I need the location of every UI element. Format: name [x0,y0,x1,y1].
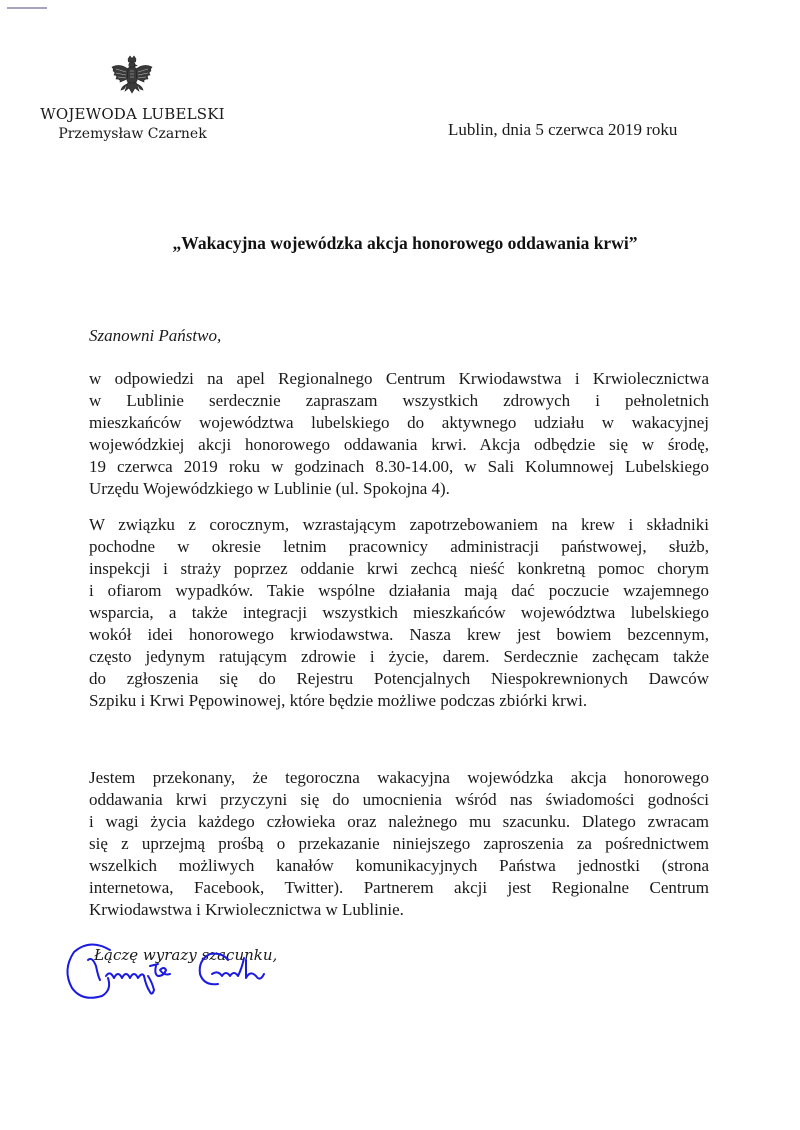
text-line: w odpowiedzi na apel Regionalnego Centru… [89,368,709,390]
scan-artifact-line [7,7,47,9]
text-line: i wagi życia każdego człowieka oraz nale… [89,811,709,833]
text-line: wsparcia, a także integracji wszystkich … [89,602,709,624]
text-line: wojewódzkiej akcji honorowego oddawania … [89,434,709,456]
text-line: pochodne w okresie letnim pracownicy adm… [89,536,709,558]
text-line: internetowa, Facebook, Twitter). Partner… [89,877,709,899]
text-line: W związku z corocznym, wzrastającym zapo… [89,514,709,536]
text-line: Jestem przekonany, że tegoroczna wakacyj… [89,767,709,789]
text-line: i ofiarom wypadków. Takie wspólne działa… [89,580,709,602]
letter-page: WOJEWODA LUBELSKI Przemysław Czarnek Lub… [0,0,800,1130]
text-line: Krwiodawstwa i Krwiolecznictwa w Lublini… [89,899,709,921]
paragraph-request: Jestem przekonany, że tegoroczna wakacyj… [89,767,709,921]
letterhead: WOJEWODA LUBELSKI Przemysław Czarnek [30,104,235,144]
text-line: wszelkich możliwych kanałów komunikacyjn… [89,855,709,877]
date-line: Lublin, dnia 5 czerwca 2019 roku [448,120,677,140]
official-name: Przemysław Czarnek [30,124,235,144]
text-line: mieszkańców województwa lubelskiego do a… [89,412,709,434]
text-line: do zgłoszenia się do Rejestru Potencjaln… [89,668,709,690]
text-line: w Lublinie serdecznie zapraszam wszystki… [89,390,709,412]
text-line: 19 czerwca 2019 roku w godzinach 8.30-14… [89,456,709,478]
text-line: inspekcji i straży poprzez oddanie krwi … [89,558,709,580]
text-line: oddawania krwi przyczyni się do umocnien… [89,789,709,811]
salutation: Szanowni Państwo, [89,326,221,346]
text-line: wokół idei honorowego krwiodawstwa. Nasz… [89,624,709,646]
text-line: Szpiku i Krwi Pępowinowej, które będzie … [89,690,709,712]
text-line: się z uprzejmą prośbą o przekazanie nini… [89,833,709,855]
paragraph-purpose: W związku z corocznym, wzrastającym zapo… [89,514,709,712]
handwritten-signature-icon [60,930,320,1010]
text-line: Urzędu Wojewódzkiego w Lublinie (ul. Spo… [89,478,709,500]
office-title: WOJEWODA LUBELSKI [30,104,235,124]
letter-subject: „Wakacyjna wojewódzka akcja honorowego o… [0,233,800,254]
polish-eagle-emblem-icon [108,55,156,103]
paragraph-invitation: w odpowiedzi na apel Regionalnego Centru… [89,368,709,500]
text-line: często jedynym ratującym zdrowie i życie… [89,646,709,668]
